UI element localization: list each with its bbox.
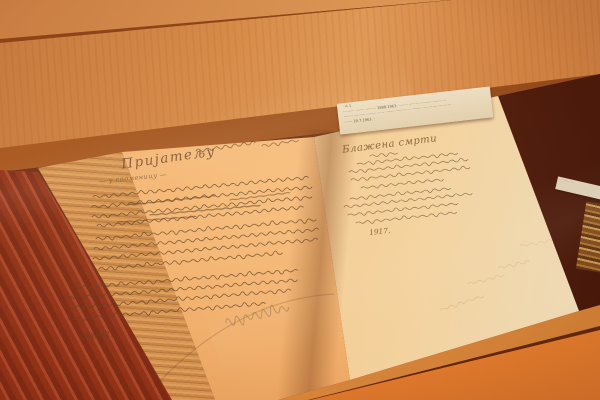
warm-light-vignette [0, 0, 600, 400]
museum-vitrine-photo: Пријатељу — у споменицу — 29/6/42. Блаже… [0, 0, 600, 400]
